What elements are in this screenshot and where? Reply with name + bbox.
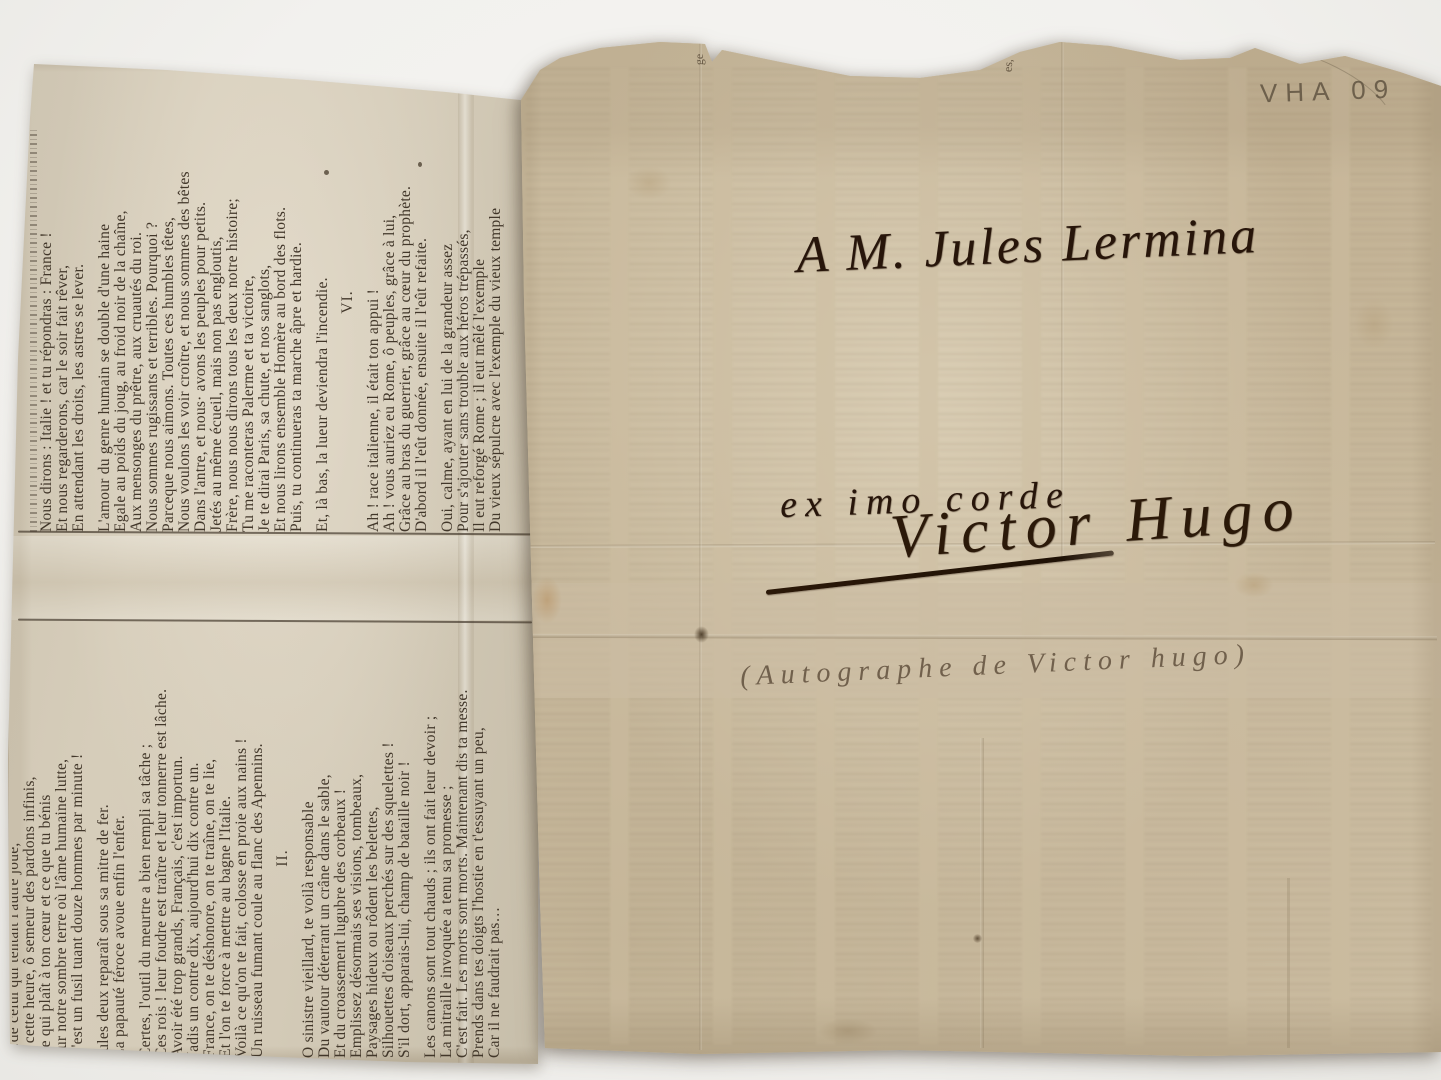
scanned-document: Nous dirons : Italie ! et tu répondras :… — [0, 0, 1441, 1080]
poem-line: Les canons sont tout chauds ; ils ont fa… — [423, 658, 439, 1058]
stain — [626, 166, 672, 200]
fold-crease — [699, 42, 702, 1050]
poem-line: Nous sommes rugissants et terribles. Pou… — [145, 72, 161, 532]
section-heading: VI. — [340, 72, 356, 532]
poem-line: Ah ! race italienne, il était ton appui … — [366, 72, 382, 532]
poem-line: Ah ! vous auriez eu Rome, ô peuples, grâ… — [382, 72, 398, 532]
poem-line: L'amour du genre humain se double d'une … — [97, 72, 113, 532]
poem-stanza: L'amour du genre humain se double d'une … — [97, 72, 305, 532]
poem-line: Pour s'ajouter sans trouble aux héros tr… — [456, 72, 472, 532]
poem-line: Et du croassement lugubre des corbeaux ! — [333, 658, 349, 1058]
stain — [818, 1018, 878, 1044]
poem-line: La mitraille invoquée a tenu sa promesse… — [439, 658, 455, 1058]
poem-line: Certes, l'outil du meurtre a bien rempli… — [138, 658, 154, 1058]
poem-line: Tu me raconteras Palerme et ta victoire, — [241, 72, 257, 532]
poem-line: Oui, calme, ayant en lui de la grandeur … — [440, 72, 456, 532]
poem-line: France, on te déshonore, on te traîne, o… — [202, 658, 218, 1058]
poem-line: Et nous lirons ensemble Homère au bord d… — [273, 72, 289, 532]
poem-line: Aux mensonges du prêtre, aux cruautés du… — [129, 72, 145, 532]
manuscript-sheet: ge es, VHA 09 A M. Jules Lermina ex imo … — [518, 38, 1441, 1058]
poem-line: Nous voulons les voir croître, et nous s… — [177, 72, 193, 532]
poem-stanza: Ah ! race italienne, il était ton appui … — [366, 72, 430, 532]
stain — [532, 576, 562, 624]
poem-stanza: Nous dirons : Italie ! et tu répondras :… — [39, 72, 87, 532]
manuscript-paper: ge es, VHA 09 A M. Jules Lermina ex imo … — [518, 38, 1441, 1058]
poem-line: D'abord il l'eût donnée, ensuite il l'eû… — [414, 72, 430, 532]
stain — [1354, 298, 1394, 350]
clipped-edge-line — [30, 127, 37, 532]
poem-line: Voilà ce qu'on te fait, colosse en proie… — [234, 658, 250, 1058]
poem-stanza: …de celui qui tentait l'autre joue,A cet… — [12, 658, 86, 1058]
poem-stanza: Les canons sont tout chauds ; ils ont fa… — [423, 658, 503, 1058]
poem-column-top: Nous dirons : Italie ! et tu répondras :… — [30, 72, 522, 532]
torn-edge-print-fragment: ge — [692, 54, 707, 65]
poem-line: C'est fait. Les morts sont morts. Mainte… — [455, 658, 471, 1058]
poem-line: Puis, tu continueras ta marche âpre et h… — [289, 72, 305, 532]
printed-page-paper: Nous dirons : Italie ! et tu répondras :… — [6, 58, 538, 1064]
poem-line: Et, là bas, la lueur deviendra l'incendi… — [315, 72, 331, 532]
stain — [1234, 572, 1274, 598]
poem-line: Ces rois ! leur foudre est traître et le… — [154, 658, 170, 1058]
poem-line: C'est un fusil tuant douze hommes par mi… — [70, 658, 86, 1058]
poem-line: Parceque nous aimons. Toutes ces humbles… — [161, 72, 177, 532]
poem-line: Il eut reforgé Rome ; il eut mêlé l'exem… — [472, 72, 488, 532]
poem-line: Paysages hideux ou rôdent les belettes, — [365, 658, 381, 1058]
poem-line: S'il dort, apparais-lui, champ de batail… — [397, 658, 413, 1058]
poem-stanza: Jules deux reparaît sous sa mitre de fer… — [96, 658, 128, 1058]
poem-line: Et l'on te force à mettre au bagne l'Ita… — [218, 658, 234, 1058]
fold-crease — [1287, 878, 1290, 1048]
printed-poem-page: Nous dirons : Italie ! et tu répondras :… — [6, 58, 538, 1064]
poem-stanza: Et, là bas, la lueur deviendra l'incendi… — [315, 72, 331, 532]
poem-line: Et nous regarderons, car le soir fait rê… — [55, 72, 71, 532]
fold-crease — [980, 738, 984, 1048]
poem-line: Car il ne faudrait pas… — [487, 658, 503, 1058]
poem-line: Prends dans tes doigts l'hostie en t'ess… — [471, 658, 487, 1058]
poem-line: Jetés au même écueil, mais non pas englo… — [209, 72, 225, 532]
poem-line: A cette heure, ô semeur des pardons infi… — [22, 658, 38, 1058]
poem-stanza: Certes, l'outil du meurtre a bien rempli… — [138, 658, 266, 1058]
poem-line: Frère, nous nous dirons tous les deux no… — [225, 72, 241, 532]
poem-stanza: O sinistre vieillard, te voilà responsab… — [301, 658, 413, 1058]
poem-line: Egale au poids du joug, au froid noir de… — [113, 72, 129, 532]
archival-code-pencil: VHA 09 — [1260, 74, 1397, 110]
poem-line: Nous dirons : Italie ! et tu répondras :… — [39, 72, 55, 532]
poem-line: Jadis un contre dix, aujourd'hui dix con… — [186, 658, 202, 1058]
poem-stanza: Oui, calme, ayant en lui de la grandeur … — [440, 72, 504, 532]
poem-line: Sur notre sombre terre où l'âme humaine … — [54, 658, 70, 1058]
poem-line: Grâce au bras du guerrier, grâce au cœur… — [398, 72, 414, 532]
poem-line: Du vautour déterrant un crâne dans le sa… — [317, 658, 333, 1058]
torn-edge-print-fragment: es, — [1001, 58, 1017, 72]
poem-line: O sinistre vieillard, te voilà responsab… — [301, 658, 317, 1058]
ink-blot — [694, 626, 709, 643]
poem-line: Du vieux sépulcre avec l'exemple du vieu… — [488, 72, 504, 532]
section-heading: II. — [275, 658, 291, 1058]
poem-line: La papauté féroce avoue enfin l'enfer. — [112, 658, 128, 1058]
poem-line: Ce qui plaît à ton cœur et ce que tu bén… — [38, 658, 54, 1058]
poem-line: Silhouettes d'oiseaux perchés sur des sq… — [381, 658, 397, 1058]
poem-line: Avoir été trop grands, Français, c'est i… — [170, 658, 186, 1058]
poem-line: Un ruisseau fumant coule au flanc des Ap… — [250, 658, 266, 1058]
poem-column-bottom: …de celui qui tentait l'autre joue,A cet… — [10, 658, 530, 1058]
poem-line: Emplissez désormais ses visions, tombeau… — [349, 658, 365, 1058]
stain — [973, 934, 982, 943]
poem-line: Jules deux reparaît sous sa mitre de fer… — [96, 658, 112, 1058]
poem-line: Dans l'antre, et nous· avons les peuples… — [193, 72, 209, 532]
poem-line: En attendant les droits, les astres se l… — [71, 72, 87, 532]
poem-line: Je te dirai Paris, sa chute, et nos sang… — [257, 72, 273, 532]
